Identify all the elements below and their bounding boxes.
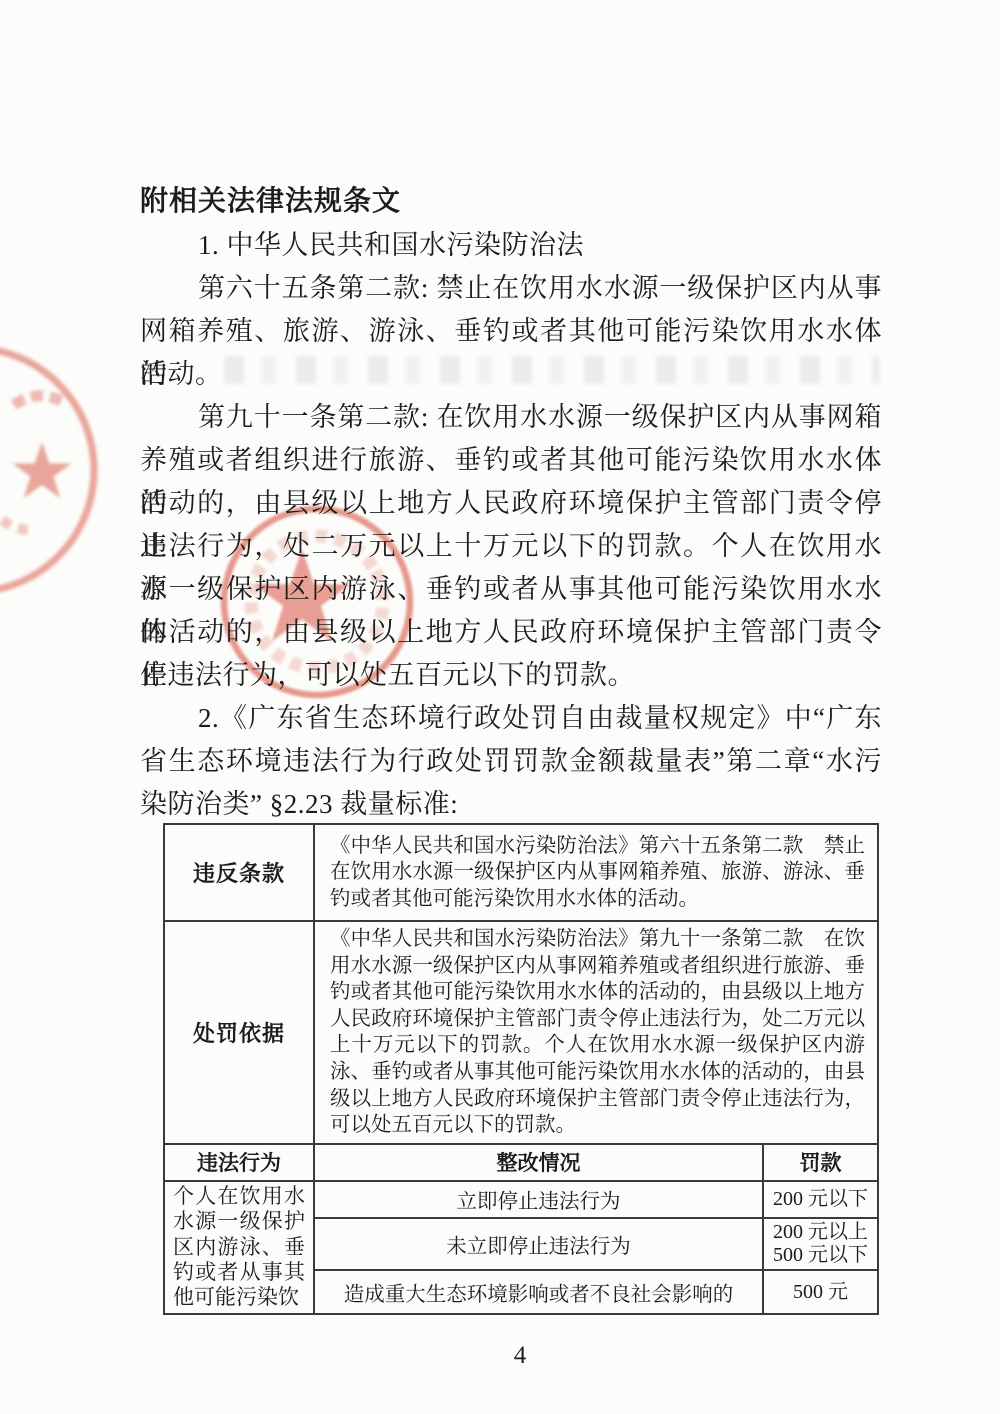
body-line: 染防治类” §2.23 裁量标准: xyxy=(140,783,882,826)
fine-cell: 200 元以上 500 元以下 xyxy=(763,1218,878,1270)
penalty-table: 违反条款 《中华人民共和国水污染防治法》第六十五条第二款 禁止在饮用水水源一级保… xyxy=(163,823,879,1315)
page-title: 附相关法律法规条文 xyxy=(140,180,882,224)
fine-cell: 500 元 xyxy=(763,1270,878,1314)
fine-amount: 200 元以上 xyxy=(772,1221,869,1244)
fine-amount: 500 元 xyxy=(772,1281,869,1304)
fine-cell: 200 元以下 xyxy=(763,1181,878,1218)
body-line: 的活动的，由县级以上地方人民政府环境保护主管部门责令停 xyxy=(140,611,882,654)
body-line: 第六十五条第二款: 禁止在饮用水水源一级保护区内从事 xyxy=(140,267,882,310)
page-number: 4 xyxy=(0,1342,1000,1370)
situation-cell: 未立即停止违法行为 xyxy=(314,1218,763,1270)
penalty-basis-label: 处罚依据 xyxy=(164,921,314,1144)
penalty-basis-content: 《中华人民共和国水污染防治法》第九十一条第二款 在饮用水水源一级保护区内从事网箱… xyxy=(314,921,878,1144)
partial-seal-stamp-icon xyxy=(0,335,125,615)
fine-amount: 500 元以下 xyxy=(772,1244,869,1267)
body-line: 养殖或者组织进行旅游、垂钓或者其他可能污染饮用水水体的 xyxy=(140,439,882,482)
violated-clause-label: 违反条款 xyxy=(164,824,314,921)
body-line: 止违法行为，可以处五百元以下的罚款。 xyxy=(140,654,882,697)
body-line: 网箱养殖、旅游、游泳、垂钓或者其他可能污染饮用水水体的 xyxy=(140,310,882,353)
column-header-violation: 违法行为 xyxy=(164,1144,314,1181)
document-page: 附相关法律法规条文 1. 中华人民共和国水污染防治法 第六十五条第二款: 禁止在… xyxy=(0,0,1000,1414)
body-line: 1. 中华人民共和国水污染防治法 xyxy=(140,224,882,267)
violation-description-cell: 个人在饮用水水源一级保护区内游泳、垂钓或者从事其他可能污染饮 xyxy=(164,1181,314,1314)
fine-amount: 200 元以下 xyxy=(772,1188,869,1211)
column-header-situation: 整改情况 xyxy=(314,1144,763,1181)
body-line: 第九十一条第二款: 在饮用水水源一级保护区内从事网箱 xyxy=(140,396,882,439)
column-header-fine: 罚款 xyxy=(763,1144,878,1181)
violated-clause-content: 《中华人民共和国水污染防治法》第六十五条第二款 禁止在饮用水水源一级保护区内从事… xyxy=(314,824,878,921)
body-line: 活动的，由县级以上地方人民政府环境保护主管部门责令停止 xyxy=(140,482,882,525)
body-line: 源一级保护区内游泳、垂钓或者从事其他可能污染饮用水水体 xyxy=(140,568,882,611)
legal-text-column: 附相关法律法规条文 1. 中华人民共和国水污染防治法 第六十五条第二款: 禁止在… xyxy=(140,180,882,826)
situation-cell: 造成重大生态环境影响或者不良社会影响的 xyxy=(314,1270,763,1314)
body-line: 2.《广东省生态环境行政处罚自由裁量权规定》中“广东 xyxy=(140,697,882,740)
body-line: 违法行为，处二万元以上十万元以下的罚款。个人在饮用水水 xyxy=(140,525,882,568)
body-line: 活动。 xyxy=(140,353,882,396)
situation-cell: 立即停止违法行为 xyxy=(314,1181,763,1218)
body-line: 省生态环境违法行为行政处罚罚款金额裁量表”第二章“水污 xyxy=(140,740,882,783)
